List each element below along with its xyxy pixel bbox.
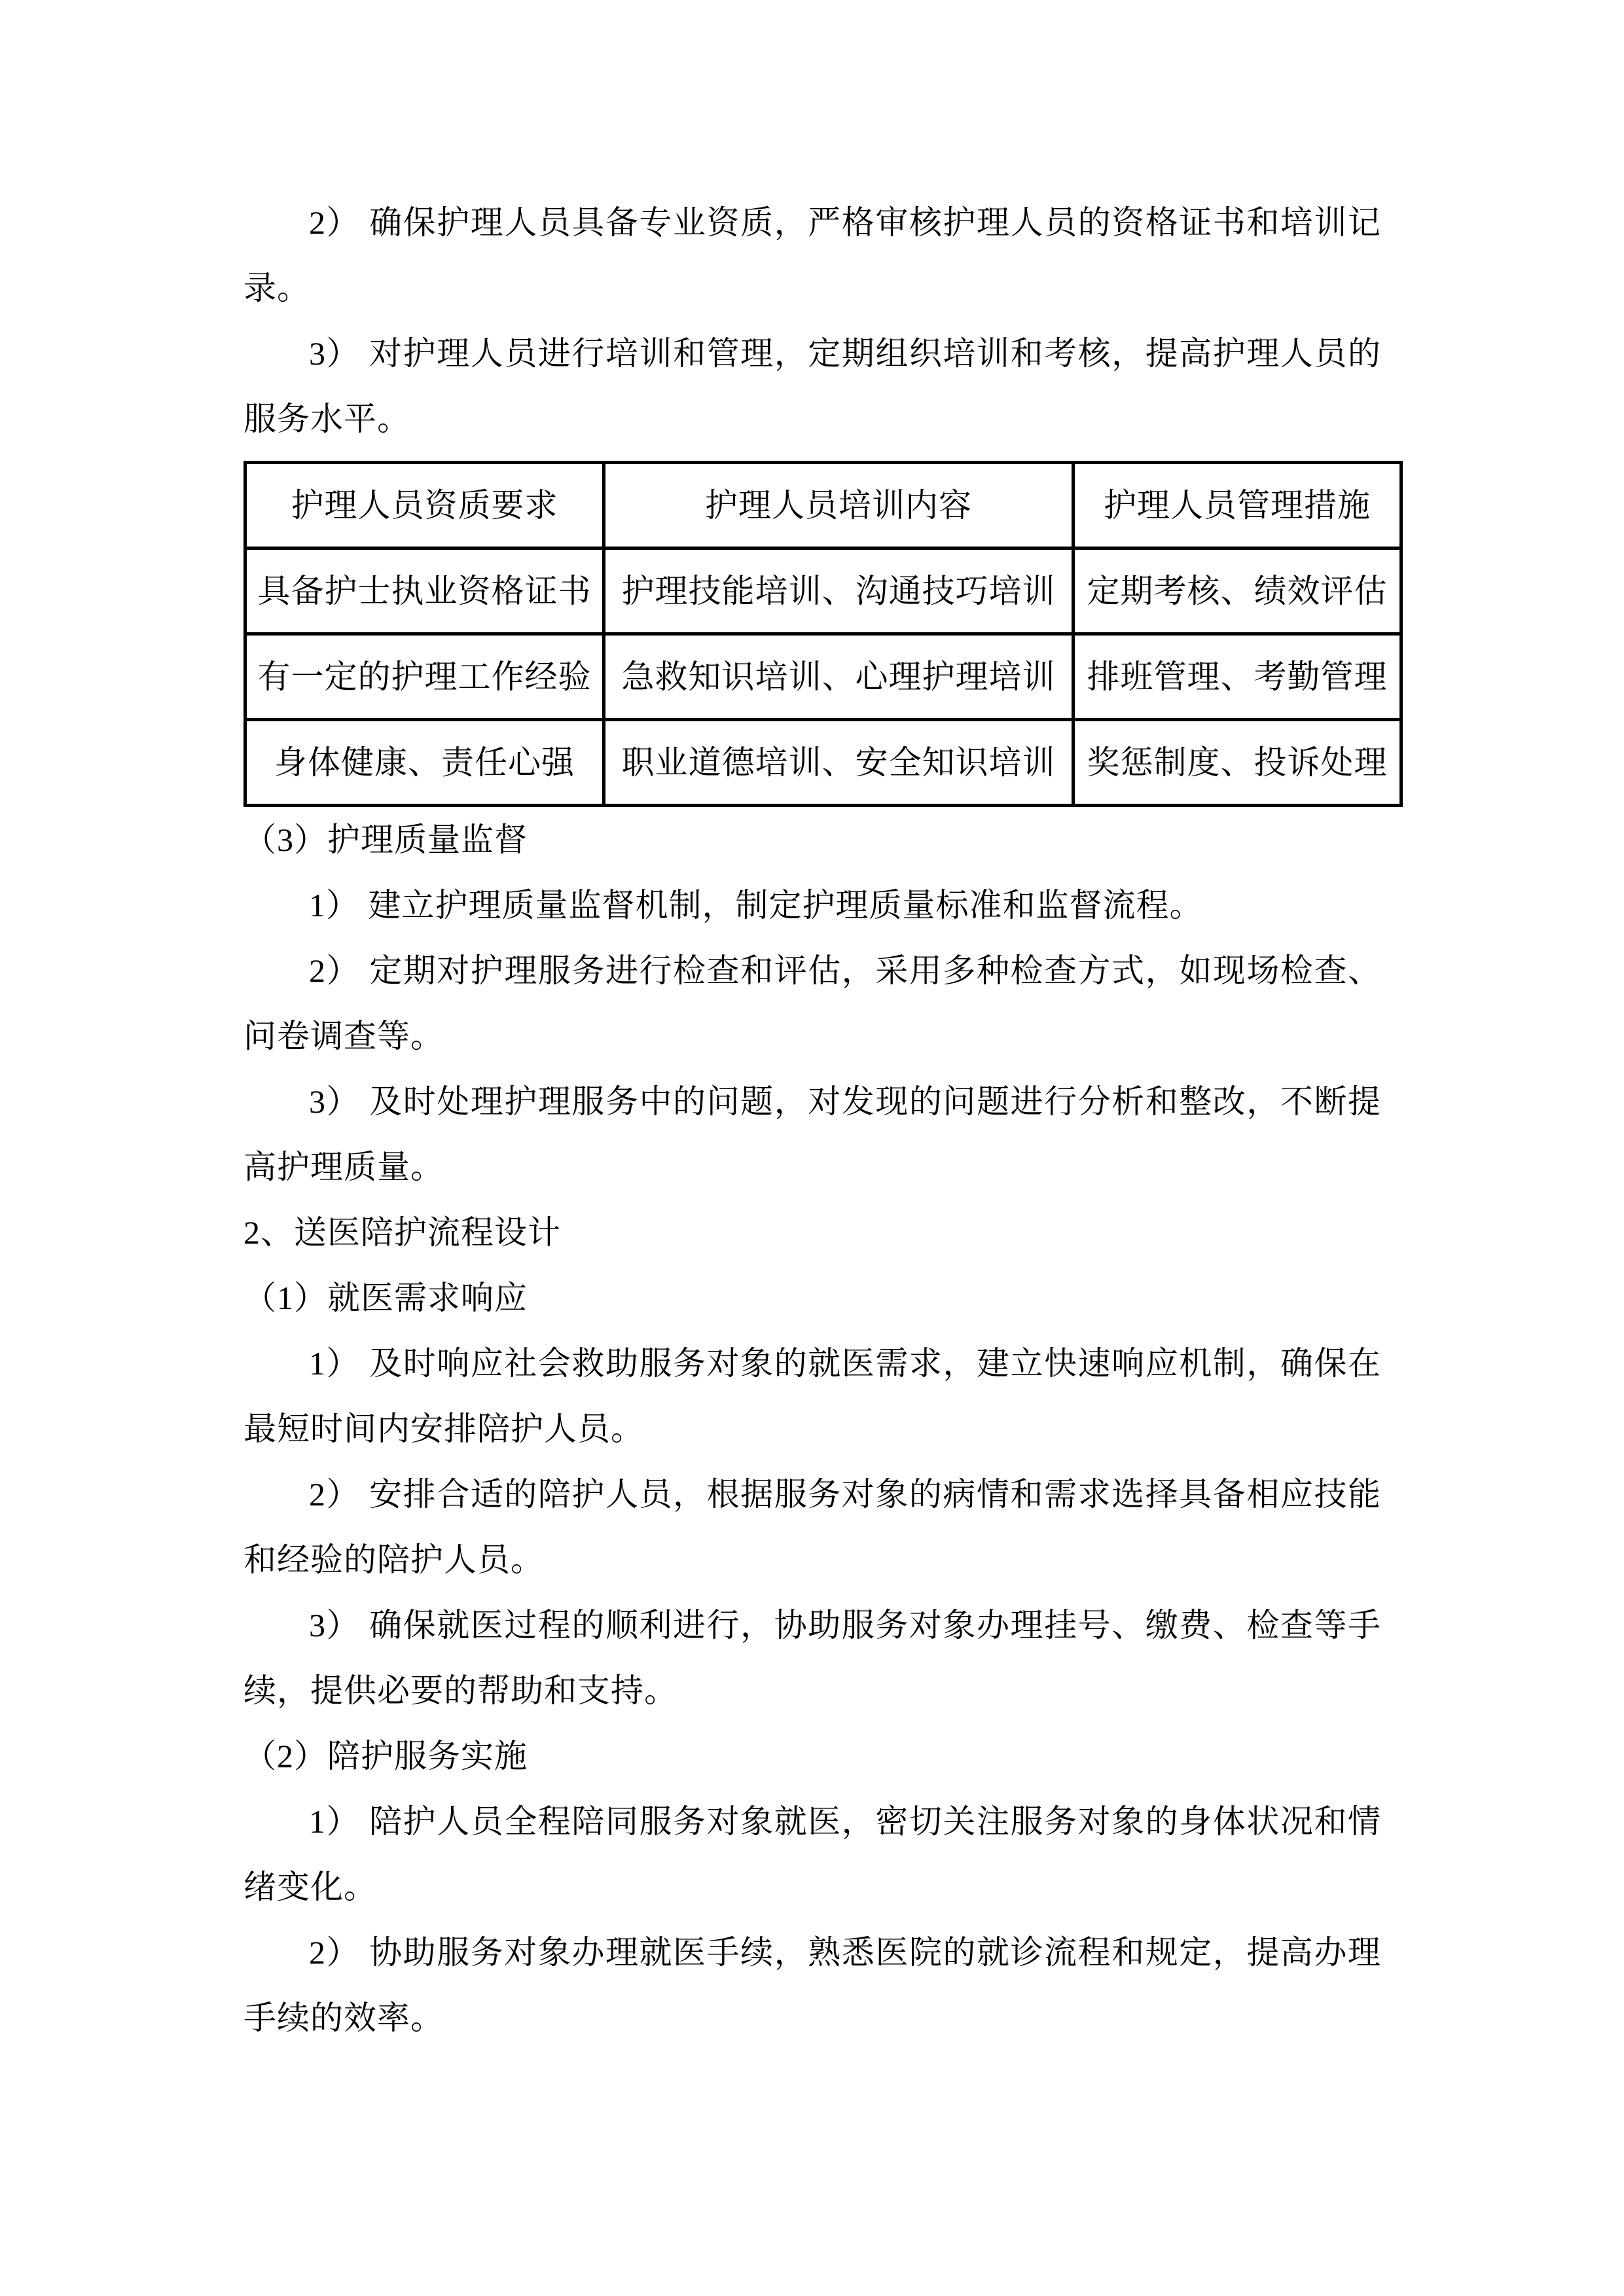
section-heading: （3）护理质量监督 [244, 807, 1381, 872]
section-heading: （1）就医需求响应 [244, 1265, 1381, 1331]
table-cell: 身体健康、责任心强 [245, 720, 604, 806]
table-row: 身体健康、责任心强 职业道德培训、安全知识培训 奖惩制度、投诉处理 [245, 720, 1401, 806]
table-cell: 有一定的护理工作经验 [245, 634, 604, 720]
table-cell: 定期考核、绩效评估 [1074, 548, 1401, 634]
document-paragraph: 3） 对护理人员进行培训和管理，定期组织培训和考核，提高护理人员的服务水平。 [244, 321, 1381, 452]
document-paragraph: 3） 及时处理护理服务中的问题，对发现的问题进行分析和整改，不断提高护理质量。 [244, 1069, 1381, 1200]
table-header-cell: 护理人员管理措施 [1074, 463, 1401, 548]
table-header-row: 护理人员资质要求 护理人员培训内容 护理人员管理措施 [245, 463, 1401, 548]
table-cell: 职业道德培训、安全知识培训 [604, 720, 1074, 806]
document-content: 2） 确保护理人员具备专业资质，严格审核护理人员的资格证书和培训记录。 3） 对… [244, 190, 1381, 2051]
document-paragraph: 1） 及时响应社会救助服务对象的就医需求，建立快速响应机制，确保在最短时间内安排… [244, 1331, 1381, 1462]
table-row: 有一定的护理工作经验 急救知识培训、心理护理培训 排班管理、考勤管理 [245, 634, 1401, 720]
table-cell: 排班管理、考勤管理 [1074, 634, 1401, 720]
table-cell: 急救知识培训、心理护理培训 [604, 634, 1074, 720]
section-heading: 2、送医陪护流程设计 [244, 1200, 1381, 1265]
table-cell: 护理技能培训、沟通技巧培训 [604, 548, 1074, 634]
document-paragraph: 2） 安排合适的陪护人员，根据服务对象的病情和需求选择具备相应技能和经验的陪护人… [244, 1462, 1381, 1592]
table-cell: 奖惩制度、投诉处理 [1074, 720, 1401, 806]
document-page: 2） 确保护理人员具备专业资质，严格审核护理人员的资格证书和培训记录。 3） 对… [0, 0, 1624, 2296]
document-paragraph: 2） 协助服务对象办理就医手续，熟悉医院的就诊流程和规定，提高办理手续的效率。 [244, 1920, 1381, 2051]
document-paragraph: 1） 建立护理质量监督机制，制定护理质量标准和监督流程。 [244, 872, 1381, 938]
document-paragraph: 2） 定期对护理服务进行检查和评估，采用多种检查方式，如现场检查、问卷调查等。 [244, 938, 1381, 1069]
table-header-cell: 护理人员资质要求 [245, 463, 604, 548]
nursing-staff-table: 护理人员资质要求 护理人员培训内容 护理人员管理措施 具备护士执业资格证书 护理… [244, 461, 1403, 807]
document-paragraph: 2） 确保护理人员具备专业资质，严格审核护理人员的资格证书和培训记录。 [244, 190, 1381, 321]
document-paragraph: 3） 确保就医过程的顺利进行，协助服务对象办理挂号、缴费、检查等手续，提供必要的… [244, 1592, 1381, 1723]
table-row: 具备护士执业资格证书 护理技能培训、沟通技巧培训 定期考核、绩效评估 [245, 548, 1401, 634]
document-paragraph: 1） 陪护人员全程陪同服务对象就医，密切关注服务对象的身体状况和情绪变化。 [244, 1789, 1381, 1920]
table-header-cell: 护理人员培训内容 [604, 463, 1074, 548]
section-heading: （2）陪护服务实施 [244, 1723, 1381, 1789]
table-cell: 具备护士执业资格证书 [245, 548, 604, 634]
